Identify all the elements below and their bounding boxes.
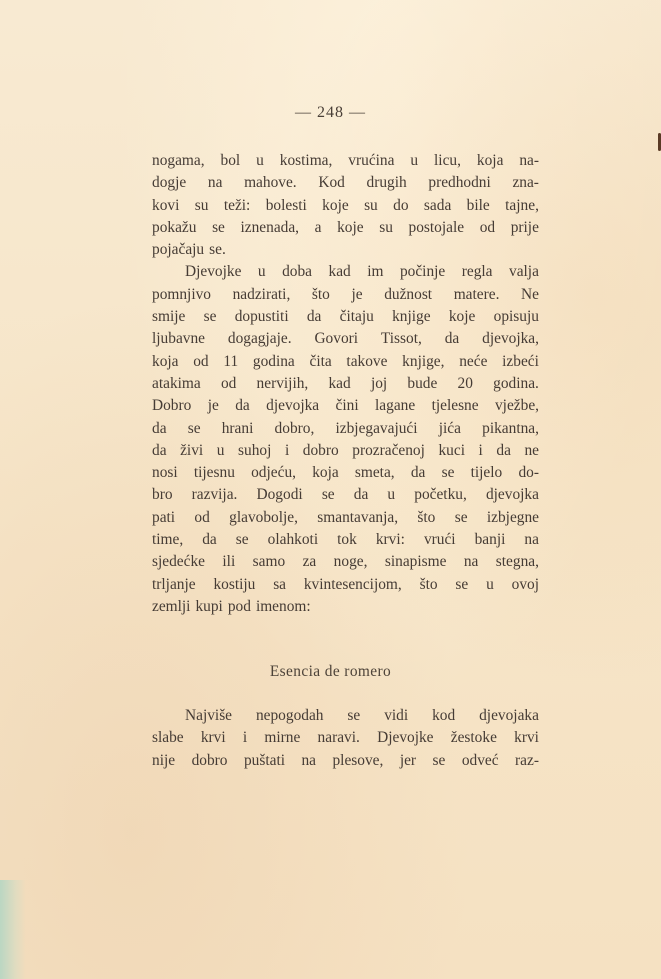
word: kad bbox=[329, 261, 351, 283]
word: se bbox=[204, 306, 217, 328]
word: bro bbox=[152, 484, 173, 506]
word: čita bbox=[309, 351, 331, 373]
word: stegna, bbox=[496, 551, 539, 573]
word: vrući bbox=[424, 529, 456, 551]
word: doba bbox=[282, 261, 312, 283]
word: da bbox=[202, 529, 217, 551]
word: pati bbox=[152, 507, 175, 529]
word: u bbox=[256, 150, 264, 172]
word: odjeću, bbox=[251, 462, 296, 484]
word: knjige, bbox=[402, 351, 444, 373]
word: i bbox=[285, 440, 289, 462]
word: Kod bbox=[318, 172, 345, 194]
word: tok bbox=[337, 529, 357, 551]
word: krvi: bbox=[376, 529, 405, 551]
word: se. bbox=[209, 239, 226, 261]
text-line: time,daseolahkotitokkrvi:vrućibanjina bbox=[152, 529, 539, 551]
body-text: nogama,bolukostima,vrućinaulicu,kojana- … bbox=[152, 150, 539, 618]
word: puštati bbox=[244, 750, 285, 772]
word: smije bbox=[152, 306, 185, 328]
word: da bbox=[445, 328, 460, 350]
word: dopustiti bbox=[235, 306, 289, 328]
word: razvija. bbox=[192, 484, 238, 506]
word: predhodni bbox=[428, 172, 490, 194]
word: početku, bbox=[414, 484, 467, 506]
word: kad bbox=[328, 373, 350, 395]
word: Dogodi bbox=[257, 484, 303, 506]
word: što bbox=[420, 574, 438, 596]
word: od bbox=[480, 217, 495, 239]
word: dobro bbox=[192, 750, 228, 772]
word: nepogodah bbox=[256, 705, 324, 727]
word: od bbox=[221, 373, 236, 395]
word: da bbox=[411, 462, 426, 484]
word: tijelo bbox=[471, 462, 503, 484]
word: knjige bbox=[392, 306, 430, 328]
word: postojale bbox=[409, 217, 465, 239]
word: prozračenoj bbox=[352, 440, 425, 462]
word: djevojka bbox=[486, 484, 539, 506]
word: se bbox=[322, 484, 335, 506]
word: da bbox=[354, 484, 369, 506]
word: ljubavne bbox=[152, 328, 205, 350]
word: a bbox=[315, 217, 322, 239]
text-line: Najvišenepogodahsevidikoddjevojaka bbox=[152, 705, 539, 727]
word: nosi bbox=[152, 462, 178, 484]
word: pomnjivo bbox=[152, 284, 211, 306]
text-line: ljubavnedogagjaje.GovoriTissot,dadjevojk… bbox=[152, 328, 539, 350]
word: kostima, bbox=[280, 150, 333, 172]
word: krvi bbox=[514, 727, 539, 749]
word: jer bbox=[400, 750, 416, 772]
word: odveć bbox=[462, 750, 499, 772]
text-line: Dobrojedadjevojkačinilaganetjelesnevježb… bbox=[152, 395, 539, 417]
word: do- bbox=[518, 462, 539, 484]
word: ne bbox=[524, 440, 539, 462]
word: da bbox=[152, 418, 167, 440]
word: živi bbox=[180, 440, 203, 462]
word: vidi bbox=[384, 705, 408, 727]
word: je bbox=[208, 395, 219, 417]
word: atakima bbox=[152, 373, 201, 395]
text-line: dasehranidobro,izbjegavajućijićapikantna… bbox=[152, 418, 539, 440]
word: drugih bbox=[367, 172, 407, 194]
word: banji bbox=[475, 529, 506, 551]
word: za bbox=[303, 551, 317, 573]
word: se bbox=[455, 507, 468, 529]
word: koje bbox=[322, 195, 349, 217]
word: kuci bbox=[438, 440, 465, 462]
word: što bbox=[312, 284, 330, 306]
word: je bbox=[351, 284, 362, 306]
word: izbjegavajući bbox=[336, 418, 418, 440]
text-line: atakimaodnervijih,kadjojbude20godina. bbox=[152, 373, 539, 395]
word: koje bbox=[449, 306, 476, 328]
word: pokažu bbox=[152, 217, 196, 239]
word: hrani bbox=[222, 418, 254, 440]
word: samo bbox=[253, 551, 286, 573]
text-line: slabekrviimirnenaravi.Djevojkežestokekrv… bbox=[152, 727, 539, 749]
word: Tissot, bbox=[381, 328, 422, 350]
word: Govori bbox=[314, 328, 358, 350]
text-line: dogjenamahove.Koddrugihpredhodnizna- bbox=[152, 172, 539, 194]
word: izbjegne bbox=[487, 507, 539, 529]
word: da bbox=[152, 440, 167, 462]
word: sada bbox=[424, 195, 451, 217]
word: Najviše bbox=[185, 705, 232, 727]
word: i bbox=[479, 440, 483, 462]
word: u bbox=[217, 440, 225, 462]
word: Djevojke bbox=[185, 261, 241, 283]
text-line: nositijesnuodjeću,kojasmeta,dasetijelodo… bbox=[152, 462, 539, 484]
word: dužnost bbox=[384, 284, 432, 306]
word: djevojka, bbox=[482, 328, 539, 350]
word: 20 bbox=[458, 373, 473, 395]
text-line: smijesedopustitidačitajuknjigekojeopisuj… bbox=[152, 306, 539, 328]
word: kostiju bbox=[213, 574, 255, 596]
word: u bbox=[486, 574, 494, 596]
text-line: kojaod11godinačitatakoveknjige,nećeizbeć… bbox=[152, 351, 539, 373]
word: se bbox=[347, 705, 360, 727]
word: bolesti bbox=[266, 195, 307, 217]
book-page: — 248 — nogama,bolukostima,vrućinaulicu,… bbox=[0, 0, 661, 979]
word: koja bbox=[312, 462, 339, 484]
word: nogama, bbox=[152, 150, 205, 172]
word: se bbox=[455, 574, 468, 596]
word: zna- bbox=[512, 172, 538, 194]
word: slabe bbox=[152, 727, 184, 749]
word: bile bbox=[467, 195, 490, 217]
word: tijesnu bbox=[194, 462, 235, 484]
word: neće bbox=[459, 351, 487, 373]
word: sinapisme bbox=[385, 551, 447, 573]
word: bol bbox=[221, 150, 241, 172]
word: se bbox=[236, 529, 249, 551]
word: počinje bbox=[400, 261, 445, 283]
word: koje bbox=[337, 217, 364, 239]
word: nadzirati, bbox=[233, 284, 291, 306]
word: naravi. bbox=[318, 727, 360, 749]
text-line: pomnjivonadzirati,štojedužnostmatere.Ne bbox=[152, 284, 539, 306]
word: vrućina bbox=[348, 150, 394, 172]
word: licu, bbox=[434, 150, 461, 172]
word: Dobro bbox=[152, 395, 191, 417]
word: takove bbox=[346, 351, 387, 373]
word: lagane bbox=[375, 395, 415, 417]
word: Ne bbox=[521, 284, 539, 306]
word: godina. bbox=[493, 373, 539, 395]
word: dogje bbox=[152, 172, 186, 194]
word: čitaju bbox=[340, 306, 374, 328]
word: se bbox=[212, 217, 225, 239]
text-line: nogama,bolukostima,vrućinaulicu,kojana- bbox=[152, 150, 539, 172]
word: ovoj bbox=[512, 574, 539, 596]
word: su bbox=[379, 217, 393, 239]
word: time, bbox=[152, 529, 183, 551]
word: im bbox=[367, 261, 383, 283]
word: na bbox=[464, 551, 479, 573]
word: trljanje bbox=[152, 574, 196, 596]
text-line: zemljikupipodimenom: bbox=[152, 596, 539, 618]
word: izbeći bbox=[502, 351, 539, 373]
word: su bbox=[195, 195, 209, 217]
word: krvi bbox=[201, 727, 226, 749]
word: od bbox=[193, 351, 208, 373]
word: sjedećke bbox=[152, 551, 205, 573]
word: opisuju bbox=[494, 306, 539, 328]
word: sa bbox=[273, 574, 286, 596]
word: na- bbox=[519, 150, 539, 172]
word: čini bbox=[336, 395, 359, 417]
word: pod bbox=[228, 596, 251, 618]
word: da bbox=[235, 395, 250, 417]
word: 11 bbox=[223, 351, 238, 373]
text-line: kovisuteži:bolestikojesudosadabiletajne, bbox=[152, 195, 539, 217]
word: koja bbox=[477, 150, 504, 172]
body-text-continued: Najvišenepogodahsevidikoddjevojaka slabe… bbox=[152, 705, 539, 772]
text-line: nijedobropuštatinaplesove,jerseodvećraz- bbox=[152, 750, 539, 772]
text-line: Djevojkeudobakadimpočinjereglavalja bbox=[152, 261, 539, 283]
word: na bbox=[208, 172, 223, 194]
word: se bbox=[433, 750, 446, 772]
word: u bbox=[387, 484, 395, 506]
paper-stain bbox=[0, 880, 26, 979]
word: mahove. bbox=[244, 172, 297, 194]
word: se bbox=[442, 462, 455, 484]
word: zemlji bbox=[152, 596, 190, 618]
text-line: pokažuseiznenada,akojesupostojaleodprije bbox=[152, 217, 539, 239]
word: pojačaju bbox=[152, 239, 204, 261]
text-line: patiodglavobolje,smantavanja,štoseizbjeg… bbox=[152, 507, 539, 529]
word: valja bbox=[509, 261, 539, 283]
word: bude bbox=[407, 373, 437, 395]
word: kod bbox=[432, 705, 455, 727]
word: su bbox=[364, 195, 378, 217]
word: dogagjaje. bbox=[228, 328, 292, 350]
word: prije bbox=[511, 217, 539, 239]
word: od bbox=[194, 507, 209, 529]
word: na bbox=[301, 750, 316, 772]
word: da bbox=[496, 440, 511, 462]
word: koja bbox=[152, 351, 179, 373]
word: u bbox=[410, 150, 418, 172]
word: smeta, bbox=[355, 462, 395, 484]
text-line: brorazvija.Dogodisedaupočetku,djevojka bbox=[152, 484, 539, 506]
word: na bbox=[524, 529, 539, 551]
word: smantavanja, bbox=[317, 507, 398, 529]
word: kvintesencijom, bbox=[304, 574, 402, 596]
text-line: sjedećkeilisamozanoge,sinapismenastegna, bbox=[152, 551, 539, 573]
word: godina bbox=[253, 351, 295, 373]
word: nije bbox=[152, 750, 175, 772]
word: glavobolje, bbox=[229, 507, 298, 529]
text-line: daživiusuhojidobroprozračenojkuciidane bbox=[152, 440, 539, 462]
section-heading: Esencia de romero bbox=[0, 663, 661, 681]
word: joj bbox=[371, 373, 387, 395]
word: kupi bbox=[195, 596, 222, 618]
word: žestoke bbox=[451, 727, 497, 749]
page-number: — 248 — bbox=[0, 104, 661, 122]
word: nervijih, bbox=[257, 373, 309, 395]
word: djevojaka bbox=[479, 705, 539, 727]
word: dobro, bbox=[275, 418, 315, 440]
word: noge, bbox=[334, 551, 368, 573]
word: da bbox=[307, 306, 322, 328]
word: teži: bbox=[224, 195, 251, 217]
word: raz- bbox=[515, 750, 539, 772]
word: djevojka bbox=[266, 395, 319, 417]
word: pikantna, bbox=[482, 418, 539, 440]
word: iznenada, bbox=[241, 217, 300, 239]
word: regla bbox=[462, 261, 493, 283]
word: vježbe, bbox=[495, 395, 539, 417]
word: što bbox=[417, 507, 435, 529]
word: do bbox=[393, 195, 408, 217]
word: u bbox=[258, 261, 266, 283]
word: kovi bbox=[152, 195, 179, 217]
word: tjelesne bbox=[432, 395, 479, 417]
text-line: pojačajuse. bbox=[152, 239, 539, 261]
word: se bbox=[188, 418, 201, 440]
word: jića bbox=[439, 418, 461, 440]
word: suhoj bbox=[238, 440, 271, 462]
word: i bbox=[243, 727, 247, 749]
word: plesove, bbox=[332, 750, 383, 772]
word: ili bbox=[222, 551, 235, 573]
word: tajne, bbox=[505, 195, 539, 217]
text-line: trljanjekostijusakvintesencijom,štoseuov… bbox=[152, 574, 539, 596]
word: imenom: bbox=[256, 596, 311, 618]
word: Djevojke bbox=[377, 727, 433, 749]
word: olahkoti bbox=[268, 529, 318, 551]
word: mirne bbox=[264, 727, 300, 749]
word: dobro bbox=[303, 440, 339, 462]
word: matere. bbox=[454, 284, 500, 306]
